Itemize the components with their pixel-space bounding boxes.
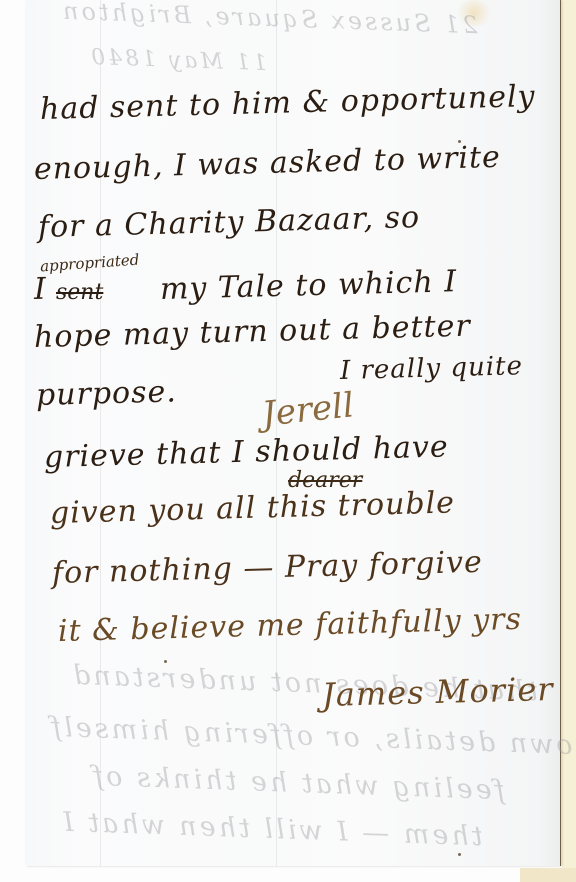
letter-line-6: purpose.: [36, 374, 178, 413]
foxing-dot: [458, 853, 461, 856]
mount-corner: [520, 868, 576, 882]
signature: James Morier: [322, 670, 554, 714]
struck-word: sent: [56, 280, 103, 305]
letter-line-4-prefix: I: [34, 272, 48, 307]
letter-scan: 21 Sussex Square, Brighton 11 May 1840 t…: [0, 0, 576, 882]
letter-line-6-continuation: I really quite: [340, 351, 524, 386]
